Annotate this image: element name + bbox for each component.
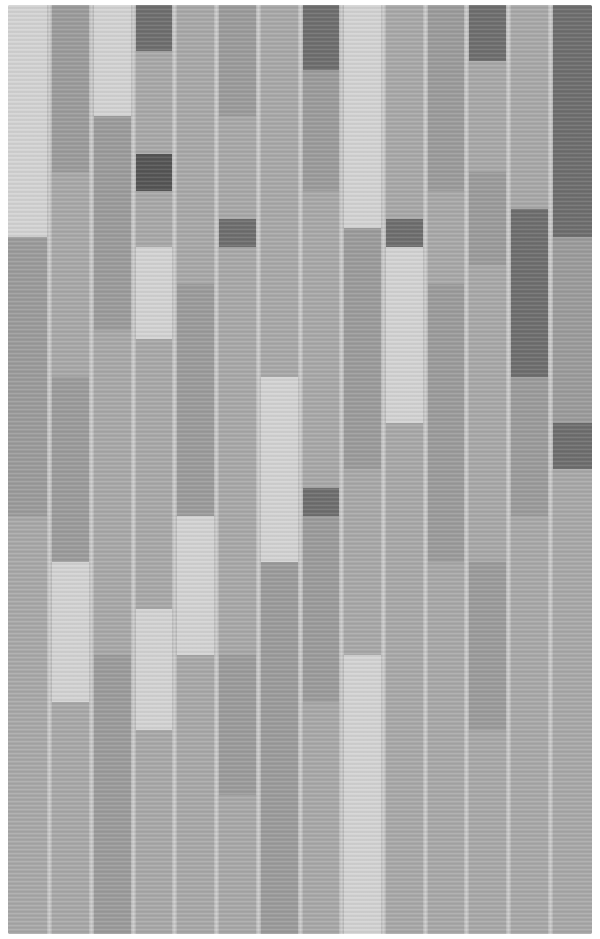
rug-patch bbox=[300, 70, 342, 191]
rug-patch bbox=[133, 154, 175, 191]
rug-patch bbox=[342, 470, 384, 656]
rug-stripe bbox=[425, 5, 467, 934]
rug-ridge bbox=[256, 5, 261, 934]
rug-patch bbox=[300, 488, 342, 516]
rug-ridge bbox=[506, 5, 511, 934]
rug-patch bbox=[509, 377, 551, 516]
rug-patch bbox=[425, 284, 467, 563]
rug-patch bbox=[91, 116, 133, 330]
rug-patch bbox=[383, 219, 425, 247]
rug-patch bbox=[175, 5, 217, 284]
rug-patch bbox=[342, 5, 384, 228]
rug-patch bbox=[50, 562, 92, 701]
rug-patch bbox=[50, 377, 92, 563]
rug-patch bbox=[258, 562, 300, 934]
rug-patch bbox=[550, 423, 592, 469]
rug-patch bbox=[383, 247, 425, 424]
rug-patch bbox=[509, 209, 551, 376]
rug-stripe bbox=[509, 5, 551, 934]
rug-ridge bbox=[89, 5, 94, 934]
rug-patch bbox=[217, 116, 259, 218]
rug-patch bbox=[300, 516, 342, 702]
rug-patch bbox=[467, 730, 509, 934]
rug-patch bbox=[258, 377, 300, 563]
rug-patch bbox=[175, 516, 217, 655]
rug-patch bbox=[342, 655, 384, 934]
rug-ridge bbox=[381, 5, 386, 934]
rug-patch bbox=[550, 470, 592, 935]
rug-stripe bbox=[550, 5, 592, 934]
rug-patch bbox=[133, 191, 175, 247]
rug-patch bbox=[509, 516, 551, 934]
rug-patch bbox=[217, 5, 259, 116]
rug-stripe bbox=[300, 5, 342, 934]
rug-patch bbox=[550, 5, 592, 237]
rug-ridge bbox=[339, 5, 344, 934]
rug-patch bbox=[50, 5, 92, 172]
rug-stripe bbox=[133, 5, 175, 934]
rug-patch bbox=[8, 237, 50, 516]
rug-patch bbox=[300, 191, 342, 488]
rug-patch bbox=[300, 702, 342, 934]
rug-ridge bbox=[172, 5, 177, 934]
rug-patch bbox=[425, 562, 467, 934]
rug-patch bbox=[91, 330, 133, 655]
rug-stripe bbox=[258, 5, 300, 934]
rug-patch bbox=[217, 219, 259, 247]
rug-patch bbox=[133, 339, 175, 608]
rug-stripe bbox=[217, 5, 259, 934]
rug-patch bbox=[425, 5, 467, 191]
rug-patch bbox=[133, 5, 175, 51]
rug-ridge bbox=[298, 5, 303, 934]
rug-patch bbox=[175, 284, 217, 516]
rug-patch bbox=[342, 228, 384, 470]
rug-patch bbox=[91, 5, 133, 116]
rug-ridge bbox=[548, 5, 553, 934]
rug-patch bbox=[133, 51, 175, 153]
rug-stripe bbox=[383, 5, 425, 934]
rug-ridge bbox=[131, 5, 136, 934]
rug-stripe bbox=[467, 5, 509, 934]
rug-patch bbox=[133, 609, 175, 730]
rug-patch bbox=[467, 5, 509, 61]
rug-patch bbox=[50, 172, 92, 376]
rug-patch bbox=[509, 5, 551, 209]
rug-ridge bbox=[47, 5, 52, 934]
rug-patch bbox=[175, 655, 217, 934]
rug-patch bbox=[8, 5, 50, 237]
rug-ridge bbox=[464, 5, 469, 934]
rug-patch bbox=[467, 265, 509, 562]
rug-ridge bbox=[423, 5, 428, 934]
rug-patch bbox=[467, 172, 509, 265]
rug-ridge bbox=[214, 5, 219, 934]
rug-patch bbox=[50, 702, 92, 934]
rug-patch bbox=[300, 5, 342, 70]
rug-patch bbox=[383, 5, 425, 219]
rug-patch bbox=[467, 562, 509, 729]
rug bbox=[8, 5, 592, 934]
rug-patch bbox=[425, 191, 467, 284]
rug-patch bbox=[467, 61, 509, 172]
rug-patch bbox=[217, 247, 259, 656]
rug-patch bbox=[8, 516, 50, 934]
rug-patch bbox=[258, 5, 300, 377]
rug-patch bbox=[91, 655, 133, 934]
rug-patch bbox=[217, 655, 259, 794]
rug-stripe bbox=[50, 5, 92, 934]
rug-patch bbox=[550, 237, 592, 423]
rug-stripe bbox=[91, 5, 133, 934]
rug-patch bbox=[133, 247, 175, 340]
rug-stripe bbox=[8, 5, 50, 934]
rug-patch bbox=[133, 730, 175, 934]
rug-stripe bbox=[342, 5, 384, 934]
rug-patch bbox=[383, 423, 425, 934]
rug-stripe bbox=[175, 5, 217, 934]
rug-patch bbox=[217, 795, 259, 934]
